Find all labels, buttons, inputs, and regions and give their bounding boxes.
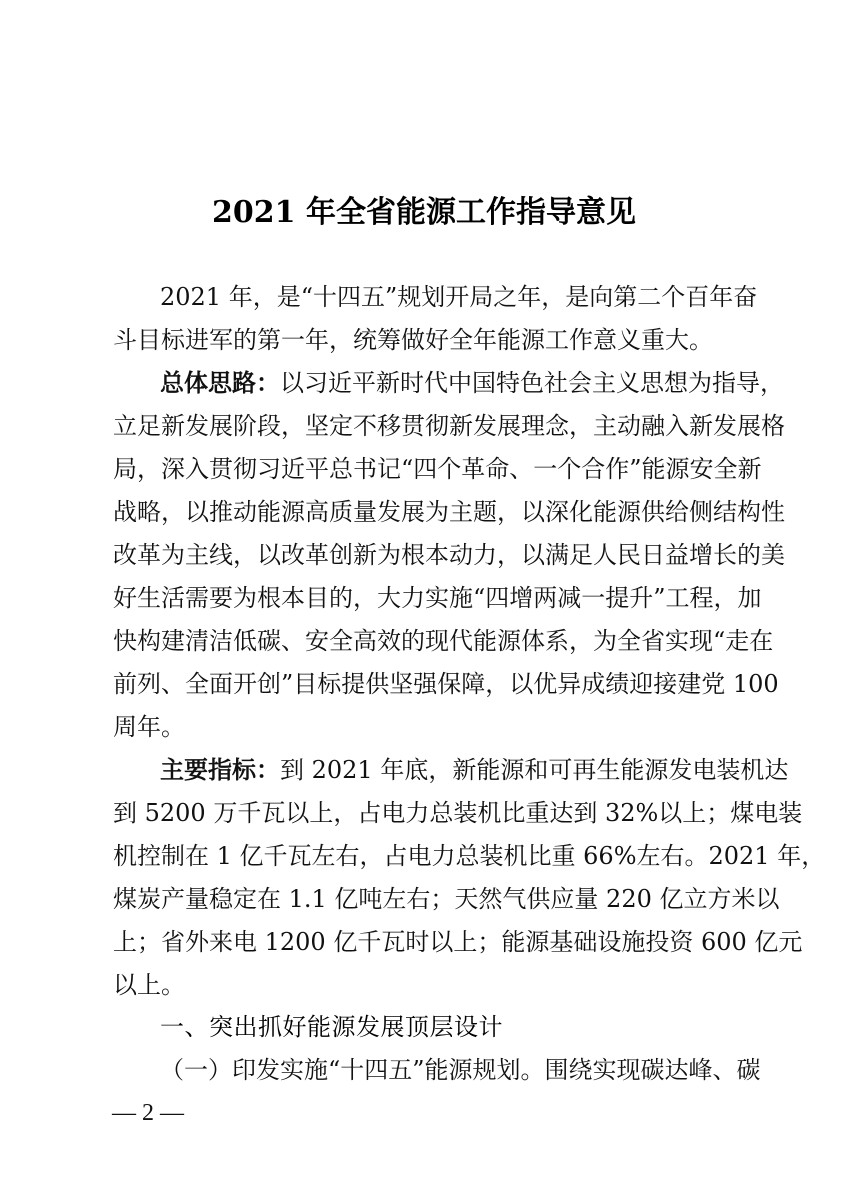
document-title: 2021 年全省能源工作指导意见 [0,193,848,233]
page-number: — 2 — [112,1098,184,1128]
paragraph-text: 到 2021 年底，新能源和可再生能源发电装机达 [280,756,788,784]
paragraph-line-overall-approach: 总体思路：以习近平新时代中国特色社会主义思想为指导， [160,368,741,398]
paragraph-line: 局，深入贯彻习近平总书记“四个革命、一个合作”能源安全新 [113,454,741,484]
paragraph-line: 煤炭产量稳定在 1.1 亿吨左右；天然气供应量 220 亿立方米以 [113,884,741,914]
paragraph-line: 快构建清洁低碳、安全高效的现代能源体系，为全省实现“走在 [113,626,741,656]
paragraph-line: 到 5200 万千瓦以上，占电力总装机比重达到 32%以上；煤电装 [113,798,741,828]
paragraph-line: 立足新发展阶段，坚定不移贯彻新发展理念，主动融入新发展格 [113,411,741,441]
paragraph-line: 斗目标进军的第一年，统筹做好全年能源工作意义重大。 [113,325,741,355]
paragraph-line: 周年。 [113,712,741,742]
paragraph-line: 前列、全面开创”目标提供坚强保障，以优异成绩迎接建党 100 [113,669,741,699]
paragraph-line: 战略，以推动能源高质量发展为主题，以深化能源供给侧结构性 [113,497,741,527]
paragraph-line-main-indicators: 主要指标：到 2021 年底，新能源和可再生能源发电装机达 [160,755,741,785]
paragraph-line: 2021 年，是“十四五”规划开局之年，是向第二个百年奋 [160,282,741,312]
paragraph-line: 改革为主线，以改革创新为根本动力，以满足人民日益增长的美 [113,540,741,570]
paragraph-lead-label: 总体思路： [160,368,280,397]
paragraph-line: 上；省外来电 1200 亿千瓦时以上；能源基础设施投资 600 亿元 [113,927,741,957]
subsection-line: （一）印发实施“十四五”能源规划。围绕实现碳达峰、碳 [160,1055,741,1085]
section-heading: 一、突出抓好能源发展顶层设计 [160,1012,503,1042]
paragraph-text: 以习近平新时代中国特色社会主义思想为指导， [280,369,784,397]
paragraph-line: 机控制在 1 亿千瓦左右，占电力总装机比重 66%左右。2021 年， [113,841,741,871]
paragraph-line: 以上。 [113,970,741,1000]
paragraph-line: 好生活需要为根本目的，大力实施“四增两减一提升”工程，加 [113,583,741,613]
document-page: 2021 年全省能源工作指导意见 2021 年，是“十四五”规划开局之年，是向第… [0,0,848,1200]
paragraph-lead-label: 主要指标： [160,755,280,784]
